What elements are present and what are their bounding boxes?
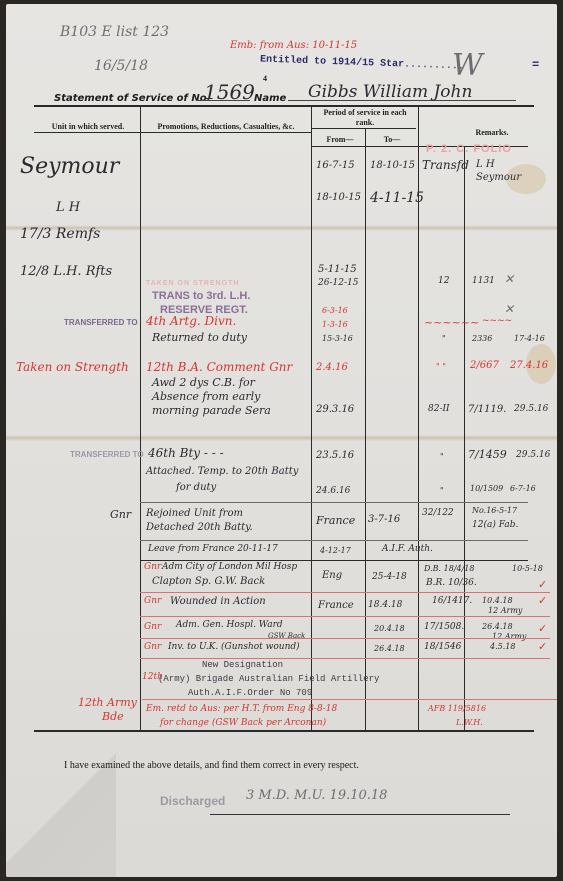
transferred-to-stamp: TRANSFERRED TO [64,318,138,327]
row8-from: 29.3.16 [316,404,354,415]
row12-promotions: Leave from France 20-11-17 [148,544,278,554]
row18-promotions-2: for change (GSW Back per Arconan) [160,718,326,728]
paper-fold-corner [6,737,116,877]
unit-lh: L H [56,200,80,215]
row10-remarks-b: 10/1509 [470,484,503,493]
row12-to: A.I.F. Auth. [382,544,433,554]
red-row-separator [140,658,550,659]
row15-to: 20.4.18 [374,624,405,633]
signature-line [210,814,510,815]
signature-initials: W [452,48,483,83]
row5-from: 1-3-16 [322,320,348,329]
row5-promotions: 4th Artg. Divn. [146,314,236,328]
row1-from: 18-10-15 [316,192,361,203]
row14-promotions: Wounded in Action [170,596,266,607]
taken-on-strength-unit: Taken on Strength [16,360,129,374]
column-header-remarks: Remarks. [442,128,542,137]
row6-remarks-a: " [442,334,446,343]
row14-remarks-c: 12 Army [488,606,522,615]
row8-remarks-a: 82-II [428,404,450,414]
pencil-reference: B103 E list 123 [60,24,169,40]
row13-remarks-c: 10-5-18 [512,564,543,573]
row11-promotions-2: Detached 20th Batty. [146,522,253,533]
column-divider-unit [140,105,141,730]
row8-remarks-c: 29.5.16 [514,404,548,414]
row15-promotions: Adm. Gen. Hospl. Ward [176,620,283,630]
trans-stamp-line1: TRANS to 3rd. L.H. [152,290,250,302]
row18-unit-1: 12th Army [78,696,137,709]
row-separator [140,502,528,503]
taken-on-strength-stamp: TAKEN ON STRENGTH [146,280,239,287]
row14-remarks-a: 16/1417. [432,596,472,606]
unit-remfs: 17/3 Remfs [20,226,100,242]
row7-remarks-b: 2/667 [470,360,499,371]
row8-promotions-1: Awd 2 dys C.B. for [152,376,255,389]
row14-rank: Gnr [144,596,161,606]
red-row-separator [140,616,550,617]
row0-remarks-a: Transfd [422,158,469,172]
row14-to: 18.4.18 [368,600,402,610]
row7-from: 2.4.16 [316,362,348,373]
header-separator [34,132,312,133]
row12-from: 4-12-17 [320,546,351,555]
row10-promotions-2: for duty [176,482,216,493]
row15-remarks-a: 17/1508. [424,622,464,632]
row0-remarks-b: L H Seymour [476,158,526,184]
pencil-date: 16/5/18 [94,58,148,74]
row13-from: Eng [322,570,342,581]
row14-remarks-b: 10.4.18 [482,596,513,605]
column-divider-promotions [311,105,312,730]
row11-remarks-c: 12(a) Fab. [472,520,518,530]
row13-promotions-2: Clapton Sp. G.W. Back [152,576,265,587]
row9-promotions: 46th Bty - - - [148,446,224,460]
row6-promotions: Returned to duty [152,331,247,344]
unit-lh-rfts: 12/8 L.H. Rfts [20,264,112,279]
row11-from: France [316,514,355,527]
row10-remarks-c: 6-7-16 [510,484,536,493]
row0-from: 16-7-15 [316,160,355,171]
row8-promotions-2: Absence from early [152,390,260,403]
row9-remarks-a: " [440,452,444,461]
rank-gnr: Gnr [110,508,131,521]
row15-remarks-c: 12 Army [492,632,526,641]
equals-mark-icon: = [532,58,539,72]
row5-remarks-struck-date: ~~~~ [482,316,512,326]
column-divider-remarks [464,146,465,730]
row13-remarks-b: B.R. 10/36. [426,578,477,588]
row14-from: France [318,600,354,611]
row16-remarks-a: 18/1546 [424,642,461,652]
row16-to: 26.4.18 [374,644,405,653]
checkmark-icon: ✓ [538,594,547,607]
row6-remarks-c: 17-4-16 [514,334,545,343]
new-designation-auth: Auth.A.I.F.Order No 709 [188,688,312,698]
table-top-border [34,105,534,107]
folio-stamp: P. 2. C. FOLIO [426,143,512,155]
row16-promotions-note: GSW Back [268,632,305,640]
name-label: Name [254,93,286,104]
row3-from: 5-11-15 [318,264,357,275]
row18-remarks-b: L.W.H. [456,718,483,727]
row16-remarks-b: 4.5.18 [490,642,515,651]
row7-promotions: 12th B.A. Comment Gnr [146,360,292,374]
row1-to: 4-11-15 [370,190,424,206]
column-header-period: Period of service in each rank. [320,108,410,128]
discharged-details: 3 M.D. M.U. 19.10.18 [246,788,387,803]
row16-rank: Gnr [144,642,161,652]
row-separator [140,540,528,541]
period-separator [312,128,416,129]
row15-remarks-b: 26.4.18 [482,622,513,631]
row3-remarks-b: 1131 [472,276,495,286]
row18-promotions-1: Em. retd to Aus: per H.T. from Eng 8-8-1… [146,704,337,714]
checkmark-icon: ✓ [538,578,547,591]
soldier-name: Gibbs William John [308,82,472,102]
row3-remarks-a: 12 [438,276,449,286]
row13-rank: Gnr [144,562,161,572]
service-record-paper: B103 E list 123 16/5/18 Emb: from Aus: 1… [6,4,557,877]
cross-mark-icon: ✕ [504,302,514,316]
unit-seymour: Seymour [20,154,119,179]
row11-remarks-b: No.16-5-17 [472,506,517,515]
entitlement-stamp: Entitled to 1914/15 Star.......... [260,54,464,72]
row7-remarks-a: " " [436,362,446,371]
paper-fold [6,435,557,441]
row9-from: 23.5.16 [316,450,354,461]
row11-remarks-a: 32/122 [422,508,454,518]
row6-from: 15-3-16 [322,334,353,343]
row-separator [140,560,528,561]
row6-remarks-b: 2336 [472,334,492,343]
checkmark-icon: ✓ [538,622,547,635]
embarkation-note: Emb: from Aus: 10-11-15 [230,40,357,51]
row10-from: 24.6.16 [316,486,350,496]
page-marker: 4 [263,74,267,83]
service-number: 1569 [204,80,255,104]
row10-remarks-a: " [440,486,444,495]
row3-from2: 26-12-15 [318,278,358,288]
row13-remarks-a: D.B. 18/4/18 [424,564,474,573]
title-label: Statement of Service of No. [54,93,210,104]
row0-to: 18-10-15 [370,160,415,171]
column-header-from: From— [318,135,362,144]
red-row-separator [140,592,550,593]
row8-promotions-3: morning parade Sera [152,404,271,417]
row9-remarks-c: 29.5.16 [516,450,550,460]
row9-remarks-b: 7/1459 [468,448,507,461]
row11-to: 3-7-16 [368,514,400,525]
row5-remarks-struck: ~~~~~~ [424,316,479,329]
row8-remarks-b: 7/1119. [468,404,506,415]
red-row-separator [140,638,550,639]
row10-promotions-1: Attached. Temp. to 20th Batty [146,466,298,477]
new-designation-heading: New Designation [202,660,283,670]
table-bottom-border [34,730,534,732]
row7-remarks-c: 27.4.16 [510,360,548,371]
discharged-stamp: Discharged [160,794,225,808]
row16-promotions: Inv. to U.K. (Gunshot wound) [168,642,300,652]
red-row-separator [142,699,557,700]
row13-to: 25-4-18 [372,572,407,582]
certification-text: I have examined the above details, and f… [64,760,359,771]
checkmark-icon: ✓ [538,640,547,653]
column-header-unit: Unit in which served. [40,122,136,131]
column-header-promotions: Promotions, Reductions, Casualties, &c. [146,122,306,131]
new-designation-text: (Army) Brigade Australian Field Artiller… [158,674,379,684]
row13-promotions-1: Adm City of London Mil Hosp [162,562,297,572]
column-header-to: To— [370,135,414,144]
row4-from: 6-3-16 [322,306,348,315]
row18-remarks-a: AFB 119/5816 [428,704,486,713]
transferred-to-stamp-2: TRANSFERRED TO [70,450,144,459]
row11-promotions-1: Rejoined Unit from [146,508,243,519]
row15-rank: Gnr [144,622,161,632]
cross-mark-icon: ✕ [504,272,514,286]
row18-unit-2: Bde [102,710,124,723]
column-divider-from [365,128,366,730]
entitlement-text: Entitled to 1914/15 Star [260,54,404,70]
